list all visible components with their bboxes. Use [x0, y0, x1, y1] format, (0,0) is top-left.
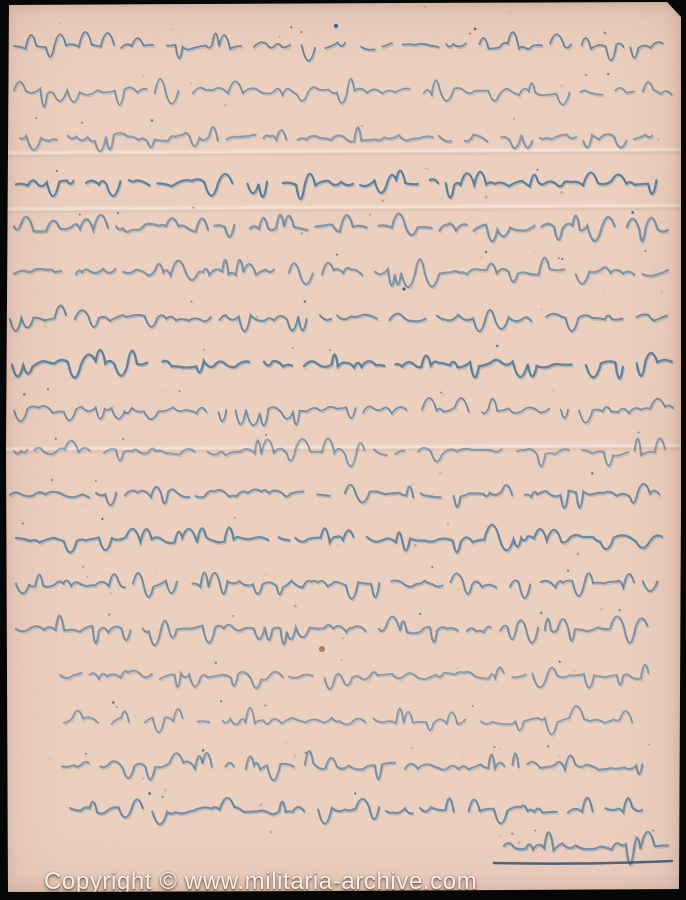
- paper-speck: [190, 83, 192, 85]
- paper-speck: [92, 237, 94, 239]
- ink-dot: [511, 833, 514, 836]
- paper-speck: [274, 577, 275, 578]
- ink-dot: [232, 615, 234, 617]
- handwriting-layer: [0, 0, 686, 900]
- paper-speck: [361, 125, 363, 127]
- ink-dot: [108, 613, 111, 616]
- paper-speck: [499, 835, 501, 837]
- paper-speck: [354, 319, 355, 320]
- stray-ink-dot: [402, 287, 405, 290]
- paper-speck: [634, 835, 636, 837]
- paper-speck: [165, 390, 167, 392]
- paper-speck: [600, 808, 601, 809]
- ink-dot: [604, 31, 607, 34]
- paper-speck: [642, 738, 643, 739]
- paper-speck: [341, 659, 343, 661]
- paper-speck: [508, 11, 510, 13]
- paper-speck: [411, 746, 414, 749]
- ink-dot: [638, 432, 640, 434]
- paper-speck: [407, 865, 409, 867]
- paper-speck: [259, 803, 262, 806]
- paper-speck: [439, 472, 442, 475]
- ink-dot: [220, 700, 222, 702]
- paper-speck: [142, 778, 144, 780]
- paper-speck: [293, 755, 296, 758]
- paper-speck: [541, 309, 543, 311]
- ink-dot: [23, 393, 26, 396]
- ink-dot: [607, 73, 609, 75]
- paper-speck: [163, 788, 166, 791]
- ink-dot: [301, 31, 303, 33]
- ink-dot: [112, 701, 115, 704]
- paper-speck: [278, 35, 280, 37]
- ink-dot: [472, 705, 474, 707]
- ink-dot: [585, 74, 587, 76]
- paper-speck: [155, 572, 158, 575]
- paper-speck: [574, 671, 575, 672]
- paper-speck: [457, 667, 458, 668]
- ink-dot: [82, 566, 84, 568]
- paper-speck: [499, 748, 501, 750]
- paper-speck: [654, 264, 656, 266]
- ink-dot: [536, 169, 538, 171]
- ink-dot: [54, 438, 56, 440]
- paper-speck: [600, 608, 603, 611]
- paper-speck: [342, 637, 344, 639]
- ink-dot: [95, 480, 96, 481]
- paper-speck: [368, 213, 371, 216]
- paper-speck: [559, 755, 561, 757]
- ink-dot: [101, 518, 103, 520]
- paper-speck: [224, 104, 227, 107]
- ink-dot: [35, 117, 37, 119]
- paper-stain: [319, 646, 325, 652]
- ink-dot: [116, 706, 118, 708]
- ink-dot: [419, 613, 421, 615]
- ink-dot: [558, 257, 560, 259]
- ink-dot: [329, 350, 331, 352]
- paper-speck: [447, 523, 449, 525]
- paper-speck: [84, 504, 85, 505]
- paper-speck: [86, 576, 88, 578]
- copyright-watermark: Copyright © www.militaria-archive.com: [44, 869, 477, 895]
- ink-dot: [122, 438, 125, 441]
- ink-dot: [192, 206, 194, 208]
- paper-speck: [442, 393, 445, 396]
- paper-speck: [265, 737, 267, 739]
- ink-dot: [540, 612, 543, 615]
- paper-speck: [110, 592, 113, 595]
- paper-speck: [279, 598, 281, 600]
- ink-dot: [151, 119, 154, 122]
- paper-speck: [285, 743, 287, 745]
- ink-dot: [469, 32, 471, 34]
- ink-dot: [631, 211, 634, 214]
- letter-paper: Copyright © www.militaria-archive.com: [0, 0, 686, 900]
- paper-speck: [657, 138, 660, 141]
- paper-speck: [112, 405, 114, 407]
- paper-speck: [580, 220, 581, 221]
- paper-speck: [135, 604, 136, 605]
- ink-dot: [179, 390, 181, 392]
- ink-dot: [652, 830, 654, 832]
- paper-speck: [622, 801, 623, 802]
- stray-ink-dot: [334, 24, 338, 28]
- paper-speck: [183, 35, 184, 36]
- ink-dot: [81, 122, 83, 124]
- ink-dot: [79, 214, 81, 216]
- paper-speck: [480, 257, 482, 259]
- paper-speck: [648, 744, 650, 746]
- ink-dot: [485, 251, 487, 253]
- paper-speck: [350, 69, 351, 70]
- ink-dot: [161, 796, 163, 798]
- paper-speck: [294, 605, 297, 608]
- paper-speck: [425, 263, 426, 264]
- paper-speck: [407, 743, 408, 744]
- paper-speck: [461, 756, 463, 758]
- ink-dot: [354, 792, 356, 794]
- paper-speck: [48, 758, 50, 760]
- scan-background: Copyright © www.militaria-archive.com: [0, 0, 686, 900]
- ink-dot: [431, 566, 433, 568]
- ink-dot: [304, 751, 307, 754]
- ink-dot: [559, 661, 561, 663]
- paper-speck: [517, 841, 520, 844]
- paper-speck: [201, 471, 202, 472]
- ink-dot: [561, 258, 563, 260]
- ink-dot: [547, 745, 550, 748]
- paper-speck: [247, 337, 249, 339]
- paper-speck: [552, 390, 553, 391]
- ink-dot: [618, 609, 621, 612]
- ink-dot: [534, 830, 536, 832]
- paper-speck: [93, 43, 94, 44]
- paper-speck: [560, 191, 563, 194]
- paper-speck: [401, 605, 402, 606]
- ink-dot: [513, 118, 514, 119]
- ink-dot: [440, 392, 442, 394]
- ink-dot: [22, 522, 24, 524]
- ink-dot: [591, 472, 594, 475]
- paper-speck: [603, 291, 605, 293]
- ink-dot: [191, 301, 193, 303]
- paper-speck: [660, 290, 663, 293]
- paper-speck: [433, 54, 435, 56]
- ink-dot: [202, 749, 205, 752]
- paper-speck: [44, 324, 47, 327]
- paper-speck: [530, 128, 532, 130]
- paper-speck: [670, 116, 671, 117]
- paper-speck: [426, 168, 429, 171]
- ink-dot: [304, 300, 307, 303]
- ink-dot: [290, 26, 292, 28]
- paper-speck: [485, 196, 488, 199]
- paper-speck: [18, 554, 20, 556]
- ink-dot: [265, 434, 267, 436]
- ink-dot: [47, 388, 49, 390]
- ink-dot: [336, 254, 338, 256]
- paper-speck: [560, 84, 562, 86]
- paper-speck: [165, 11, 166, 12]
- ink-dot: [56, 170, 58, 172]
- ink-dot: [644, 250, 646, 252]
- paper-speck: [533, 252, 535, 254]
- paper-speck: [241, 481, 243, 483]
- ink-dot: [148, 792, 151, 795]
- paper-speck: [141, 75, 144, 78]
- ink-dot: [493, 746, 495, 748]
- paper-speck: [458, 588, 459, 589]
- ink-dot: [496, 345, 499, 348]
- ink-dot: [264, 704, 266, 706]
- paper-speck: [519, 700, 520, 701]
- paper-speck: [234, 517, 236, 519]
- paper-speck: [430, 212, 431, 213]
- paper-speck: [658, 643, 660, 645]
- ink-dot: [474, 28, 477, 31]
- ink-dot: [203, 349, 205, 351]
- paper-speck: [632, 687, 634, 689]
- paper-speck: [382, 200, 385, 203]
- paper-speck: [170, 29, 172, 31]
- paper-speck: [541, 763, 542, 764]
- ink-dot: [292, 348, 293, 349]
- paper-speck: [666, 676, 667, 677]
- paper-speck: [134, 715, 135, 716]
- paper-speck: [246, 255, 248, 257]
- paper-speck: [336, 544, 339, 547]
- paper-speck: [442, 426, 444, 428]
- paper-speck: [411, 484, 413, 486]
- paper-speck: [27, 462, 28, 463]
- ink-dot: [425, 168, 426, 169]
- ink-dot: [50, 479, 53, 482]
- paper-speck: [269, 830, 272, 833]
- paper-speck: [576, 552, 579, 555]
- paper-speck: [264, 573, 267, 576]
- paper-speck: [424, 6, 426, 8]
- paper-speck: [256, 315, 258, 317]
- ink-dot: [567, 570, 570, 573]
- paper-speck: [375, 613, 377, 615]
- paper-speck: [300, 232, 303, 235]
- paper-speck: [414, 544, 417, 547]
- paper-speck: [312, 446, 313, 447]
- ink-dot: [214, 662, 217, 665]
- ink-dot: [117, 212, 119, 214]
- ink-dot: [85, 753, 87, 755]
- paper-speck: [309, 204, 311, 206]
- paper-speck: [164, 278, 165, 279]
- paper-speck: [59, 22, 61, 24]
